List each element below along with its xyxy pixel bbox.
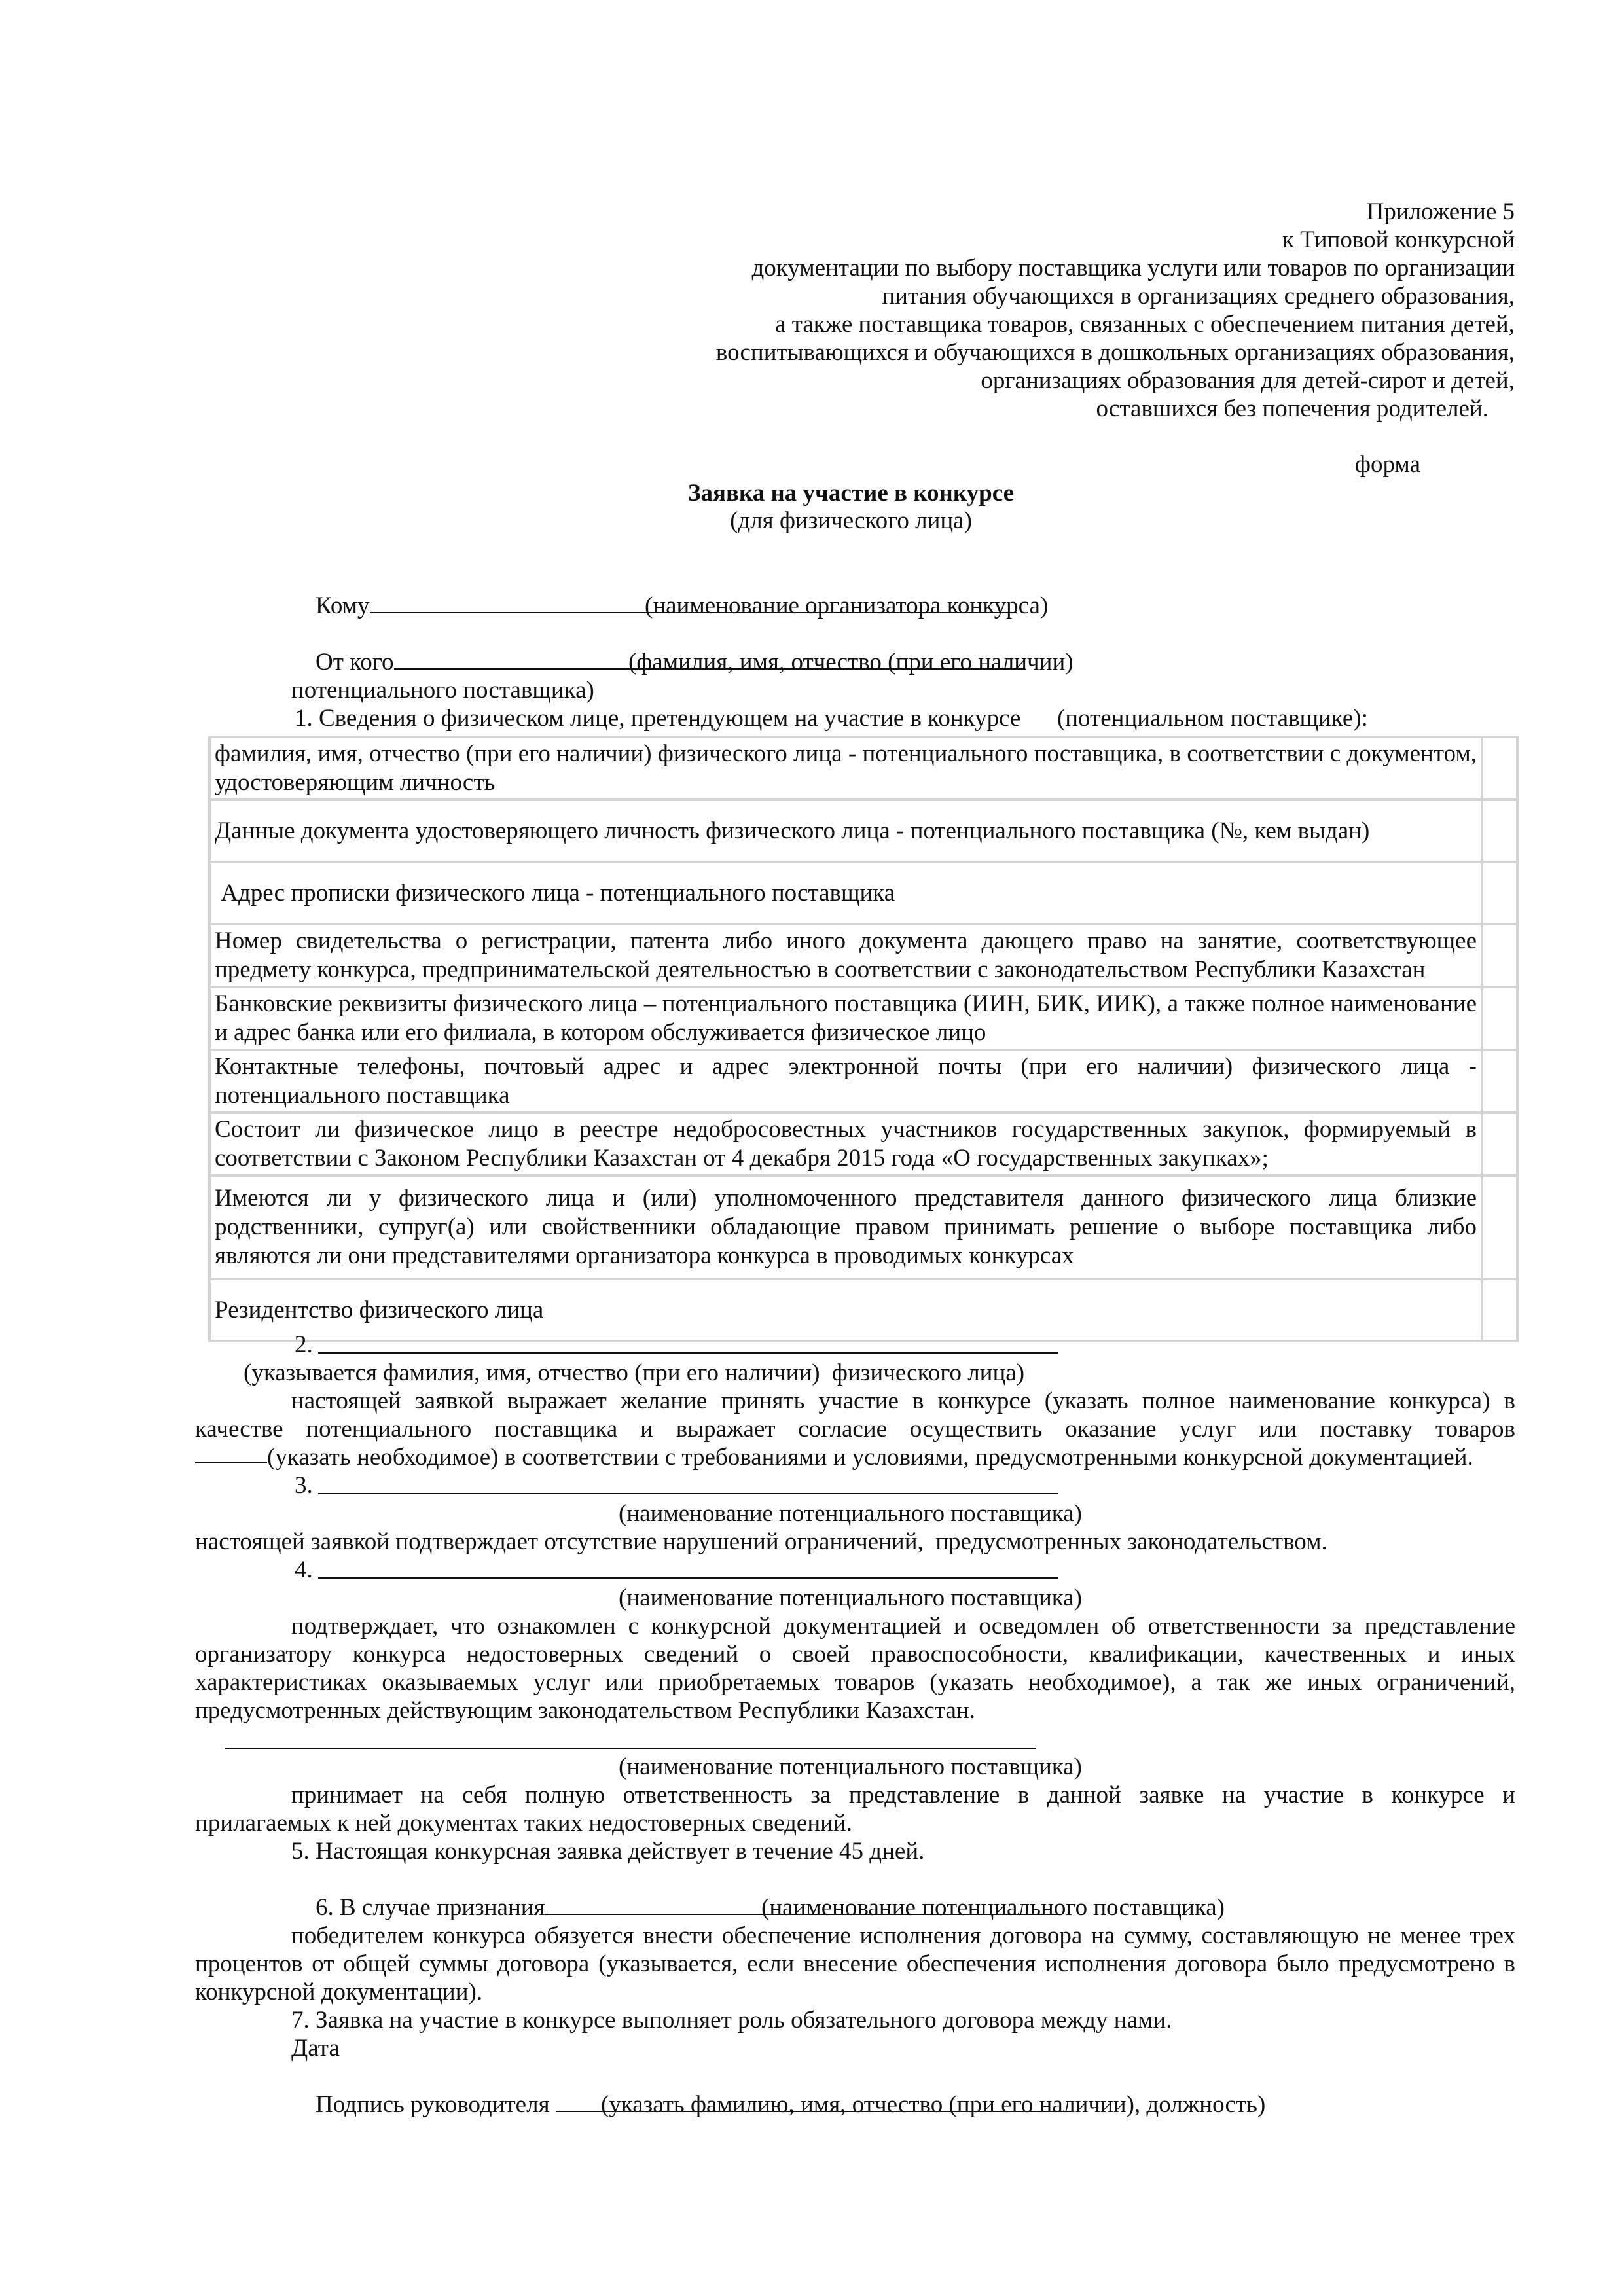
row-label: Номер свидетельства о регистрации, патен… bbox=[209, 924, 1482, 987]
section-6-text: конкурсной документации). bbox=[195, 1978, 482, 2006]
section-7-text: 7. Заявка на участие в конкурсе выполняе… bbox=[291, 2006, 1172, 2034]
row-label: Резидентство физического лица bbox=[209, 1279, 1482, 1341]
section-1-heading: 1. Сведения о физическом лице, претендую… bbox=[295, 704, 1368, 732]
header-line: к Типовой конкурсной bbox=[655, 226, 1515, 254]
section-3-text: настоящей заявкой подтверждает отсутстви… bbox=[195, 1528, 1327, 1556]
table-row: Резидентство физического лица bbox=[209, 1279, 1517, 1341]
section-4-text: предусмотренных действующим законодатель… bbox=[195, 1696, 975, 1725]
header-line: организациях образования для детей-сирот… bbox=[655, 367, 1515, 395]
document-subtitle: (для физического лица) bbox=[589, 507, 1113, 535]
row-label: Банковские реквизиты физического лица – … bbox=[209, 987, 1482, 1050]
section-6-hint: (наименование потенциального поставщика) bbox=[761, 1893, 1225, 1922]
table-row: Данные документа удостоверяющего личност… bbox=[209, 800, 1517, 862]
section-3-name-input[interactable] bbox=[318, 1493, 1058, 1494]
header-line: а также поставщика товаров, связанных с … bbox=[655, 310, 1515, 338]
row-value-cell[interactable] bbox=[1482, 862, 1517, 924]
section-4-number: 4. bbox=[295, 1556, 313, 1584]
row-value-cell[interactable] bbox=[1482, 737, 1517, 800]
section-3-number: 3. bbox=[295, 1471, 313, 1499]
section-2-goods-input[interactable] bbox=[195, 1462, 267, 1463]
section-6-text: процентов от общей суммы договора (указы… bbox=[195, 1950, 1515, 1978]
row-value-cell[interactable] bbox=[1482, 800, 1517, 862]
row-label: Состоит ли физическое лицо в реестре нед… bbox=[209, 1113, 1482, 1175]
document-page: Приложение 5 к Типовой конкурсной докуме… bbox=[0, 0, 1624, 2296]
row-label: Адрес прописки физического лица - потенц… bbox=[209, 862, 1482, 924]
responsibility-text: прилагаемых к ней документах таких недос… bbox=[195, 1809, 852, 1837]
table-row: Контактные телефоны, почтовый адрес и ад… bbox=[209, 1050, 1517, 1113]
row-label: Контактные телефоны, почтовый адрес и ад… bbox=[209, 1050, 1482, 1113]
row-label: Имеются ли у физического лица и (или) уп… bbox=[209, 1175, 1482, 1279]
section-4-hint-2: (наименование потенциального поставщика) bbox=[619, 1753, 1082, 1781]
section-4-text: организатору конкурса недостоверных свед… bbox=[195, 1640, 1515, 1668]
section-2-number: 2. bbox=[295, 1331, 313, 1359]
from-hint: (фамилия, имя, отчество (при его наличии… bbox=[628, 648, 1074, 676]
appendix-header: Приложение 5 к Типовой конкурсной докуме… bbox=[655, 198, 1515, 423]
supplier-info-table: фамилия, имя, отчество (при его наличии)… bbox=[208, 736, 1519, 1342]
header-line: Приложение 5 bbox=[655, 198, 1515, 226]
table-row: Банковские реквизиты физического лица – … bbox=[209, 987, 1517, 1050]
table-row: фамилия, имя, отчество (при его наличии)… bbox=[209, 737, 1517, 800]
section-4-text: подтверждает, что ознакомлен с конкурсно… bbox=[291, 1612, 1515, 1640]
section-4-supplier-input[interactable] bbox=[225, 1748, 1036, 1749]
section-2-text: качестве потенциального поставщика и выр… bbox=[195, 1415, 1515, 1443]
table-row: Имеются ли у физического лица и (или) уп… bbox=[209, 1175, 1517, 1279]
row-value-cell[interactable] bbox=[1482, 1279, 1517, 1341]
to-label: Кому bbox=[316, 592, 370, 619]
section-4-name-input[interactable] bbox=[318, 1577, 1058, 1579]
section-5-text: 5. Настоящая конкурсная заявка действует… bbox=[291, 1837, 924, 1865]
header-line: документации по выбору поставщика услуги… bbox=[655, 254, 1515, 282]
section-2-text: настоящей заявкой выражает желание приня… bbox=[291, 1387, 1515, 1415]
row-value-cell[interactable] bbox=[1482, 1175, 1517, 1279]
signature-label: Подпись руководителя bbox=[316, 2091, 550, 2118]
row-value-cell[interactable] bbox=[1482, 924, 1517, 987]
from-label: От кого bbox=[316, 649, 394, 675]
to-hint: (наименование организатора конкурса) bbox=[645, 592, 1048, 620]
header-line: питания обучающихся в организациях средн… bbox=[655, 282, 1515, 310]
form-label: форма bbox=[1355, 450, 1420, 478]
document-title: Заявка на участие в конкурсе bbox=[589, 479, 1113, 507]
section-6-label: 6. В случае признания bbox=[316, 1894, 545, 1921]
responsibility-text: принимает на себя полную ответственность… bbox=[291, 1781, 1515, 1809]
row-value-cell[interactable] bbox=[1482, 1050, 1517, 1113]
signature-hint: (указать фамилию, имя, отчество (при его… bbox=[601, 2090, 1265, 2119]
table-row: Номер свидетельства о регистрации, патен… bbox=[209, 924, 1517, 987]
table-row: Состоит ли физическое лицо в реестре нед… bbox=[209, 1113, 1517, 1175]
header-line: воспитывающихся и обучающихся в дошкольн… bbox=[655, 338, 1515, 367]
row-label: фамилия, имя, отчество (при его наличии)… bbox=[209, 737, 1482, 800]
row-value-cell[interactable] bbox=[1482, 1113, 1517, 1175]
section-2-text: (указать необходимое) в соответствии с т… bbox=[267, 1443, 1473, 1471]
header-line: оставшихся без попечения родителей. bbox=[655, 395, 1515, 423]
section-4-hint: (наименование потенциального поставщика) bbox=[619, 1584, 1082, 1612]
table-row: Адрес прописки физического лица - потенц… bbox=[209, 862, 1517, 924]
section-6-text: победителем конкурса обязуется внести об… bbox=[291, 1922, 1515, 1950]
section-3-hint: (наименование потенциального поставщика) bbox=[619, 1499, 1082, 1528]
section-4-text: характеристиках оказываемых услуг или пр… bbox=[195, 1668, 1515, 1696]
row-label: Данные документа удостоверяющего личност… bbox=[209, 800, 1482, 862]
from-hint-continued: потенциального поставщика) bbox=[291, 676, 594, 704]
date-label: Дата bbox=[291, 2034, 340, 2062]
row-value-cell[interactable] bbox=[1482, 987, 1517, 1050]
section-2-hint: (указывается фамилия, имя, отчество (при… bbox=[244, 1359, 1024, 1387]
section-2-name-input[interactable] bbox=[318, 1352, 1058, 1354]
